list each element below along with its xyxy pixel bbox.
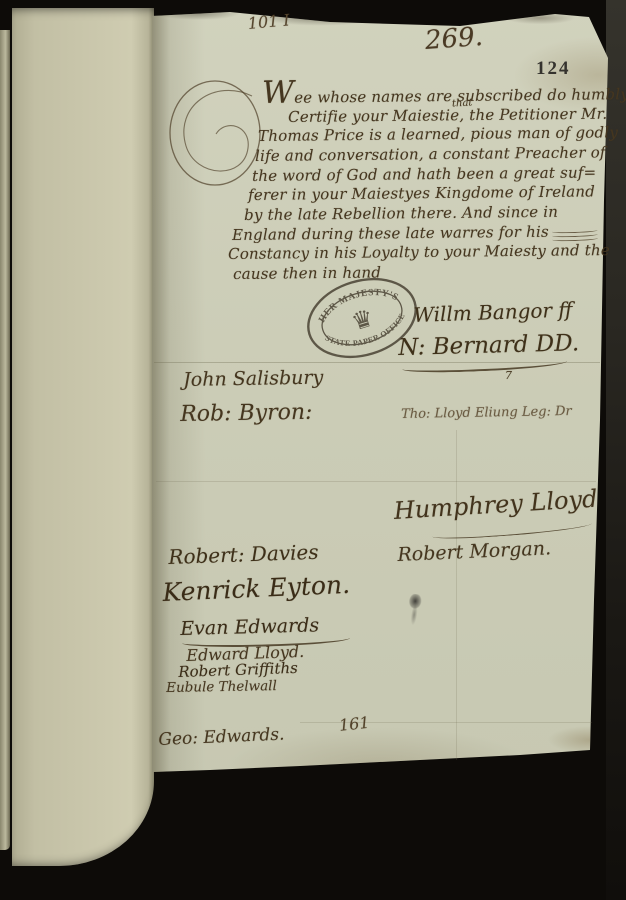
manuscript-line: England during these late warres for his	[232, 223, 549, 244]
manuscript-line: Wee whose names are subscribed do humbly	[262, 84, 626, 107]
signature-eubule-thelwall: Eubule Thelwall	[166, 678, 277, 696]
signature-salisbury: John Salisbury	[183, 367, 323, 391]
signature-byron: Rob: Byron:	[180, 400, 313, 427]
fold-crease	[456, 430, 457, 760]
blank-guard-page	[12, 8, 154, 866]
fold-crease	[156, 481, 596, 482]
signature-bernard-mark: 7	[505, 369, 512, 382]
archive-page-number: 124	[536, 58, 571, 80]
bottom-folio-number: 161	[338, 713, 370, 735]
manuscript-line: Certifie your Maiestie, the Petitioner M…	[288, 105, 607, 126]
interline-insertion: that	[452, 97, 473, 109]
struck-out-word	[552, 228, 598, 244]
manuscript-line: life and conversation, a constant Preach…	[255, 143, 606, 165]
underlying-page-edge	[0, 30, 10, 850]
manuscript-line: by the late Rebellion there. And since i…	[244, 203, 558, 224]
folio-annotation: 101 I	[247, 10, 290, 33]
manuscript-scan: 101 I 269. 124 Wee whose names are subsc…	[0, 0, 626, 900]
signature-lloyd-doctor: Tho: Lloyd Eliung Leg: Dr	[401, 404, 572, 422]
manuscript-line: Thomas Price is a learned, pious man of …	[258, 123, 618, 145]
folio-number: 269.	[424, 22, 484, 56]
manuscript-line: the word of God and hath been a great su…	[252, 163, 596, 185]
manuscript-line: ferer in your Maiestyes Kingdome of Irel…	[248, 182, 595, 204]
crown-icon: ♛	[348, 303, 377, 336]
